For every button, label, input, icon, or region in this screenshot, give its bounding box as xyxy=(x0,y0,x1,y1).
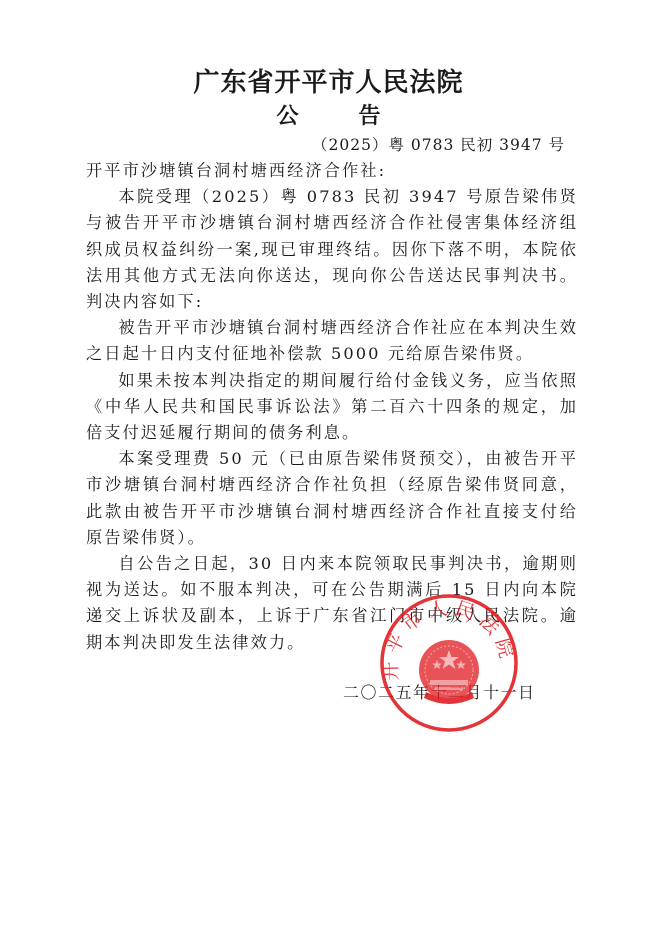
case-number: （2025）粤 0783 民初 3947 号 xyxy=(312,133,565,155)
addressee: 开平市沙塘镇台洞村塘西经济合作社: xyxy=(86,158,578,184)
court-name-title: 广东省开平市人民法院 xyxy=(0,62,657,99)
doc-type-char-1: 公 xyxy=(276,99,298,130)
document-type-heading: 公告 xyxy=(0,99,657,130)
paragraph-late-payment: 如果未按本判决指定的期间履行给付金钱义务，应当依照《中华人民共和国民事诉讼法》第… xyxy=(86,368,578,447)
issue-date: 二〇二五年十二月十一日 xyxy=(343,680,536,703)
paragraph-appeal: 自公告之日起，30 日内来本院领取民事判决书，逾期则视为送达。如不服本判决，可在… xyxy=(86,551,578,656)
paragraph-judgment: 被告开平市沙塘镇台洞村塘西经济合作社应在本判决生效之日起十日内支付征地补偿款 5… xyxy=(86,315,578,367)
paragraph-case-intro: 本院受理（2025）粤 0783 民初 3947 号原告梁伟贤与被告开平市沙塘镇… xyxy=(86,184,578,315)
notice-body: 开平市沙塘镇台洞村塘西经济合作社: 本院受理（2025）粤 0783 民初 39… xyxy=(86,158,578,656)
doc-type-char-2: 告 xyxy=(359,99,381,130)
paragraph-court-fee: 本案受理费 50 元（已由原告梁伟贤预交），由被告开平市沙塘镇台洞村塘西经济合作… xyxy=(86,446,578,551)
